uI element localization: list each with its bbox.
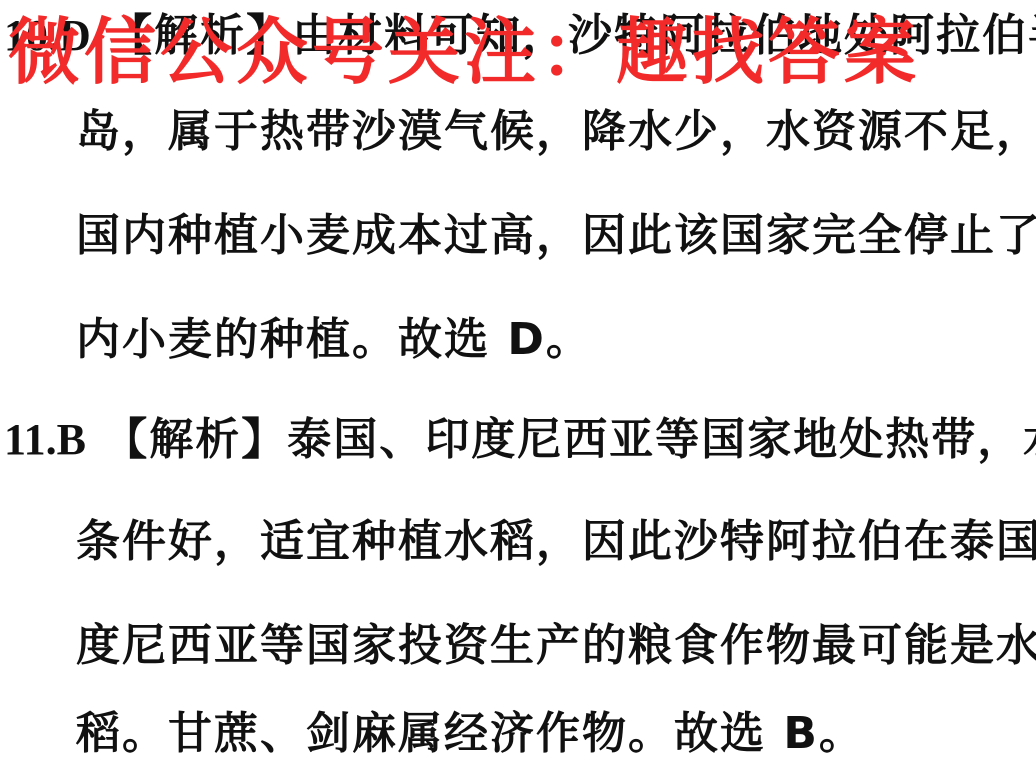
answer-11-line-4: 稻。甘蔗、剑麻属经济作物。故选 B。 [76, 712, 865, 756]
watermark-banner: 微信公众号关注：趣找答案 [8, 16, 1032, 88]
answer-11-line-2: 条件好，适宜种植水稻，因此沙特阿拉伯在泰国、印 [76, 520, 1036, 564]
answer-10-line-2: 岛，属于热带沙漠气候，降水少，水资源不足，因此在 [76, 110, 1036, 154]
document-page: 10.D 【解析】由材料可知，沙特阿拉伯地处阿拉伯半 岛，属于热带沙漠气候，降水… [0, 0, 1036, 759]
answer-11-analysis-tag: 【解析】 [103, 414, 287, 465]
answer-10-line-4: 内小麦的种植。故选 D。 [76, 318, 592, 362]
answer-11-line-3: 度尼西亚等国家投资生产的粮食作物最可能是水 [76, 624, 1036, 668]
answer-11-line-1: 泰国、印度尼西亚等国家地处热带，水热 [287, 414, 1036, 465]
answer-11-number: 11. [4, 415, 57, 464]
answer-10-line-3: 国内种植小麦成本过高，因此该国家完全停止了国 [76, 214, 1036, 258]
answer-11-heading-line: 11.B 【解析】泰国、印度尼西亚等国家地处热带，水热 [4, 418, 1036, 462]
answer-11-choice: B [57, 415, 86, 464]
